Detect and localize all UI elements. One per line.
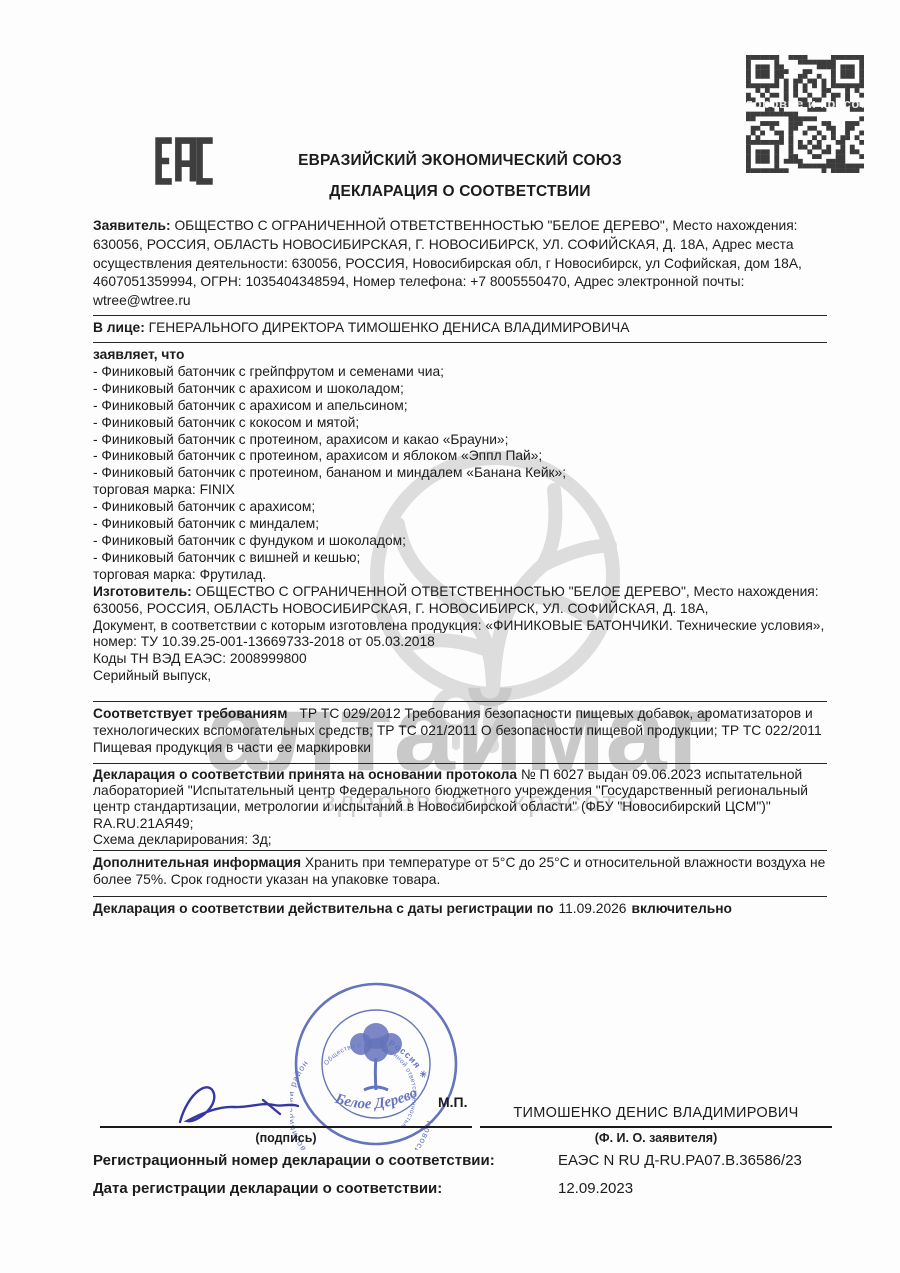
- company-stamp-icon: ✳ Россия ✳ Новосибирская обл Новосибирск…: [290, 978, 462, 1150]
- registration-number-row: Регистрационный номер декларации о соотв…: [93, 1152, 853, 1169]
- registration-number-value: ЕАЭС N RU Д-RU.РА07.В.36586/23: [558, 1152, 802, 1169]
- signature-caption: (подпись): [100, 1131, 472, 1145]
- title-union: ЕВРАЗИЙСКИЙ ЭКОНОМИЧЕСКИЙ СОЮЗ: [100, 152, 820, 170]
- compliance-section: Соответствует требованиямТР ТС 029/2012 …: [93, 701, 827, 757]
- trademark-finix-line: торговая марка: FINIX: [93, 482, 827, 499]
- validity-suffix: включительно: [631, 901, 732, 916]
- qr-watermark-text: здоровье и красота: [726, 96, 886, 111]
- manufacturer-paragraph: Изготовитель: ОБЩЕСТВО С ОГРАНИЧЕННОЙ ОТ…: [93, 584, 827, 618]
- declares-heading: заявляет, что: [93, 347, 827, 364]
- product-line: - Финиковый батончик с протеином, арахис…: [93, 432, 827, 449]
- signature-scribble-icon: [168, 1076, 308, 1132]
- trademark-frutilad-line: торговая марка: Фрутилад.: [93, 567, 827, 584]
- representative-text: ГЕНЕРАЛЬНОГО ДИРЕКТОРА ТИМОШЕНКО ДЕНИСА …: [145, 320, 630, 335]
- additional-label: Дополнительная информация: [93, 855, 301, 870]
- divider: [93, 315, 827, 316]
- product-line: - Финиковый батончик с фундуком и шокола…: [93, 533, 827, 550]
- mp-label: М.П.: [438, 1094, 468, 1110]
- document-line: Документ, в соответствии с которым изгот…: [93, 618, 827, 652]
- basis-paragraph: Декларация о соответствии принята на осн…: [93, 767, 827, 832]
- document-header: ЕВРАЗИЙСКИЙ ЭКОНОМИЧЕСКИЙ СОЮЗ ДЕКЛАРАЦИ…: [100, 152, 820, 201]
- title-declaration: ДЕКЛАРАЦИЯ О СООТВЕТСТВИИ: [100, 183, 820, 201]
- registration-date-label: Дата регистрации декларации о соответств…: [93, 1180, 558, 1197]
- fio-line: [480, 1126, 832, 1128]
- applicant-section: Заявитель: ОБЩЕСТВО С ОГРАНИЧЕННОЙ ОТВЕТ…: [93, 217, 827, 346]
- representative-paragraph: В лице: ГЕНЕРАЛЬНОГО ДИРЕКТОРА ТИМОШЕНКО…: [93, 319, 827, 338]
- product-line: - Финиковый батончик с кокосом и мятой;: [93, 415, 827, 432]
- validity-date: 11.09.2026: [558, 901, 626, 916]
- applicant-paragraph: Заявитель: ОБЩЕСТВО С ОГРАНИЧЕННОЙ ОТВЕТ…: [93, 217, 827, 311]
- product-line: - Финиковый батончик с протеином, арахис…: [93, 448, 827, 465]
- compliance-label: Соответствует требованиям: [93, 706, 287, 721]
- fio-caption: (Ф. И. О. заявителя): [480, 1131, 832, 1145]
- registration-date-value: 12.09.2023: [558, 1180, 633, 1197]
- declaration-body-section: заявляет, что - Финиковый батончик с гре…: [93, 347, 827, 685]
- product-line: - Финиковый батончик с грейпфрутом и сем…: [93, 364, 827, 381]
- scheme-line: Схема декларирования: 3д;: [93, 832, 827, 848]
- product-line: - Финиковый батончик с арахисом;: [93, 499, 827, 516]
- representative-label: В лице:: [93, 320, 145, 335]
- applicant-label: Заявитель:: [93, 218, 171, 233]
- product-line: - Финиковый батончик с протеином, банано…: [93, 465, 827, 482]
- product-line: - Финиковый батончик с миндалем;: [93, 516, 827, 533]
- divider: [93, 342, 827, 343]
- serial-line: Серийный выпуск,: [93, 668, 827, 685]
- additional-info-section: Дополнительная информация Хранить при те…: [93, 850, 827, 888]
- product-line: - Финиковый батончик с вишней и кешью;: [93, 550, 827, 567]
- tnved-line: Коды ТН ВЭД ЕАЭС: 2008999800: [93, 651, 827, 668]
- basis-label: Декларация о соответствии принята на осн…: [93, 767, 517, 782]
- applicant-text: ОБЩЕСТВО С ОГРАНИЧЕННОЙ ОТВЕТСТВЕННОСТЬЮ…: [93, 218, 802, 308]
- registration-date-row: Дата регистрации декларации о соответств…: [93, 1180, 853, 1197]
- fio-name: ТИМОШЕНКО ДЕНИС ВЛАДИМИРОВИЧ: [480, 1105, 832, 1121]
- signature-line: [100, 1126, 472, 1128]
- registration-section: Регистрационный номер декларации о соотв…: [93, 1152, 853, 1208]
- manufacturer-text: ОБЩЕСТВО С ОГРАНИЧЕННОЙ ОТВЕТСТВЕННОСТЬЮ…: [93, 584, 819, 616]
- validity-label: Декларация о соответствии действительна …: [93, 901, 553, 916]
- registration-number-label: Регистрационный номер декларации о соотв…: [93, 1152, 558, 1169]
- manufacturer-label: Изготовитель:: [93, 584, 192, 599]
- validity-section: Декларация о соответствии действительна …: [93, 896, 827, 917]
- product-line: - Финиковый батончик с арахисом и шокола…: [93, 381, 827, 398]
- basis-section: Декларация о соответствии принята на осн…: [93, 763, 827, 848]
- product-line: - Финиковый батончик с арахисом и апельс…: [93, 398, 827, 415]
- declaration-document-page: ЕВРАЗИЙСКИЙ ЭКОНОМИЧЕСКИЙ СОЮЗ ДЕКЛАРАЦИ…: [0, 0, 900, 1273]
